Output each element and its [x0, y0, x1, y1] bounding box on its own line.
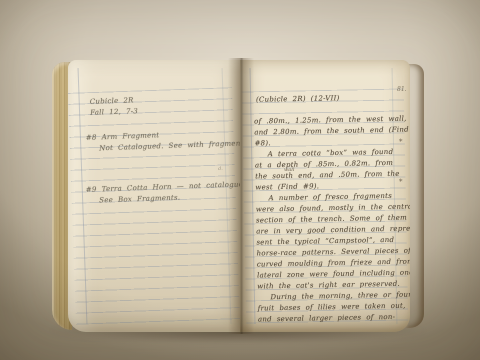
left-header: Cubicle 2R Fall 12, 7-3	[90, 95, 139, 119]
right-body-text: of .80m., 1.25m. from the west wall, and…	[254, 113, 410, 325]
margin-asterisk-2: *	[399, 178, 403, 186]
right-header: (Cubicle 2R) (12-VII)	[256, 93, 340, 106]
margin-asterisk-1: *	[399, 138, 403, 146]
gutter-smudge-note: d.	[218, 166, 223, 172]
page-number: 81.	[397, 86, 407, 93]
left-page: Cubicle 2R Fall 12, 7-3 #8 Arm Fragment …	[68, 60, 240, 332]
cubicle-date-header: (Cubicle 2R) (12-VII)	[256, 93, 340, 106]
interlinear-correction: wall	[284, 167, 294, 173]
photo-scene: Cubicle 2R Fall 12, 7-3 #8 Arm Fragment …	[0, 0, 480, 360]
notebook: Cubicle 2R Fall 12, 7-3 #8 Arm Fragment …	[52, 58, 424, 334]
date-label: Fall 12, 7-3	[90, 106, 138, 119]
body-line: and several larger pieces of non-	[258, 311, 410, 325]
right-page: 81. (Cubicle 2R) (12-VII) of .80m., 1.25…	[240, 60, 410, 332]
ruled-lines-left	[68, 87, 240, 327]
book-gutter	[228, 58, 254, 334]
